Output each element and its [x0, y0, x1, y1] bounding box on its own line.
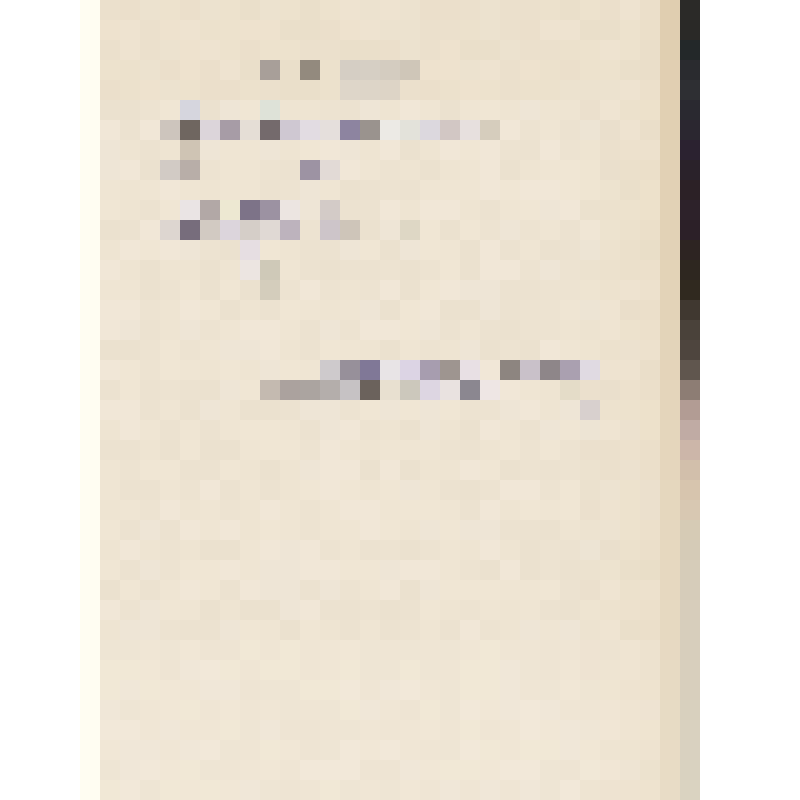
mosaic-cell: [640, 600, 660, 620]
mosaic-cell: [520, 580, 540, 600]
mosaic-cell: [680, 680, 700, 700]
mosaic-cell: [60, 500, 80, 520]
mosaic-cell: [140, 260, 160, 280]
mosaic-cell: [0, 600, 20, 620]
mosaic-cell: [420, 760, 440, 780]
mosaic-cell: [540, 680, 560, 700]
mosaic-cell: [180, 140, 200, 160]
mosaic-cell: [420, 300, 440, 320]
mosaic-cell: [400, 780, 420, 800]
mosaic-cell: [40, 40, 60, 60]
mosaic-cell: [20, 600, 40, 620]
mosaic-cell: [440, 380, 460, 400]
mosaic-cell: [120, 80, 140, 100]
mosaic-cell: [580, 280, 600, 300]
mosaic-cell: [560, 360, 580, 380]
mosaic-cell: [600, 360, 620, 380]
mosaic-cell: [500, 20, 520, 40]
mosaic-cell: [120, 620, 140, 640]
mosaic-cell: [400, 320, 420, 340]
mosaic-cell: [60, 220, 80, 240]
mosaic-cell: [620, 260, 640, 280]
mosaic-cell: [700, 600, 720, 620]
mosaic-cell: [100, 520, 120, 540]
mosaic-cell: [480, 340, 500, 360]
mosaic-cell: [0, 120, 20, 140]
mosaic-cell: [200, 740, 220, 760]
mosaic-cell: [340, 160, 360, 180]
mosaic-cell: [300, 500, 320, 520]
mosaic-cell: [760, 620, 780, 640]
mosaic-cell: [600, 500, 620, 520]
mosaic-cell: [160, 60, 180, 80]
mosaic-cell: [480, 200, 500, 220]
mosaic-cell: [240, 520, 260, 540]
mosaic-cell: [80, 580, 100, 600]
mosaic-cell: [440, 700, 460, 720]
mosaic-cell: [580, 620, 600, 640]
mosaic-cell: [260, 520, 280, 540]
mosaic-cell: [380, 320, 400, 340]
mosaic-cell: [380, 0, 400, 20]
mosaic-cell: [20, 660, 40, 680]
mosaic-cell: [440, 640, 460, 660]
mosaic-cell: [260, 80, 280, 100]
mosaic-cell: [400, 660, 420, 680]
mosaic-cell: [40, 480, 60, 500]
mosaic-cell: [660, 520, 680, 540]
mosaic-cell: [140, 60, 160, 80]
mosaic-cell: [460, 280, 480, 300]
mosaic-cell: [240, 300, 260, 320]
mosaic-cell: [120, 120, 140, 140]
mosaic-cell: [620, 460, 640, 480]
mosaic-cell: [440, 480, 460, 500]
mosaic-cell: [300, 540, 320, 560]
mosaic-cell: [580, 100, 600, 120]
mosaic-cell: [260, 740, 280, 760]
mosaic-cell: [440, 40, 460, 60]
mosaic-cell: [600, 460, 620, 480]
mosaic-cell: [620, 120, 640, 140]
mosaic-cell: [100, 260, 120, 280]
mosaic-cell: [620, 20, 640, 40]
mosaic-cell: [160, 240, 180, 260]
mosaic-cell: [540, 260, 560, 280]
mosaic-cell: [300, 400, 320, 420]
mosaic-cell: [720, 560, 740, 580]
mosaic-cell: [160, 40, 180, 60]
mosaic-cell: [200, 180, 220, 200]
mosaic-cell: [200, 580, 220, 600]
mosaic-cell: [520, 140, 540, 160]
mosaic-cell: [360, 240, 380, 260]
mosaic-cell: [360, 400, 380, 420]
mosaic-cell: [460, 640, 480, 660]
mosaic-cell: [600, 560, 620, 580]
mosaic-cell: [740, 80, 760, 100]
mosaic-cell: [0, 760, 20, 780]
mosaic-cell: [540, 760, 560, 780]
mosaic-cell: [640, 480, 660, 500]
mosaic-cell: [140, 160, 160, 180]
mosaic-cell: [120, 320, 140, 340]
mosaic-cell: [140, 180, 160, 200]
mosaic-cell: [460, 620, 480, 640]
mosaic-cell: [340, 140, 360, 160]
mosaic-cell: [160, 640, 180, 660]
mosaic-cell: [480, 100, 500, 120]
mosaic-cell: [0, 480, 20, 500]
mosaic-cell: [20, 260, 40, 280]
mosaic-cell: [260, 320, 280, 340]
mosaic-cell: [580, 120, 600, 140]
mosaic-cell: [360, 20, 380, 40]
mosaic-cell: [360, 300, 380, 320]
mosaic-cell: [240, 760, 260, 780]
mosaic-cell: [480, 640, 500, 660]
mosaic-cell: [680, 620, 700, 640]
mosaic-cell: [740, 500, 760, 520]
mosaic-cell: [460, 340, 480, 360]
mosaic-cell: [620, 0, 640, 20]
mosaic-cell: [680, 360, 700, 380]
mosaic-cell: [480, 320, 500, 340]
mosaic-cell: [480, 400, 500, 420]
mosaic-cell: [440, 220, 460, 240]
mosaic-cell: [640, 520, 660, 540]
mosaic-cell: [660, 380, 680, 400]
mosaic-cell: [180, 60, 200, 80]
mosaic-cell: [660, 180, 680, 200]
mosaic-cell: [40, 160, 60, 180]
mosaic-cell: [180, 220, 200, 240]
mosaic-cell: [140, 560, 160, 580]
mosaic-cell: [260, 340, 280, 360]
mosaic-cell: [280, 780, 300, 800]
mosaic-cell: [40, 120, 60, 140]
mosaic-cell: [60, 660, 80, 680]
mosaic-cell: [680, 40, 700, 60]
mosaic-cell: [680, 440, 700, 460]
mosaic-cell: [480, 560, 500, 580]
mosaic-cell: [360, 560, 380, 580]
mosaic-cell: [620, 340, 640, 360]
mosaic-cell: [660, 460, 680, 480]
mosaic-cell: [120, 600, 140, 620]
mosaic-cell: [260, 660, 280, 680]
mosaic-cell: [340, 640, 360, 660]
mosaic-cell: [460, 420, 480, 440]
mosaic-cell: [740, 640, 760, 660]
mosaic-cell: [560, 220, 580, 240]
mosaic-cell: [500, 180, 520, 200]
mosaic-cell: [440, 0, 460, 20]
mosaic-cell: [400, 580, 420, 600]
mosaic-cell: [420, 360, 440, 380]
mosaic-cell: [80, 760, 100, 780]
mosaic-cell: [580, 780, 600, 800]
mosaic-cell: [560, 260, 580, 280]
mosaic-cell: [300, 180, 320, 200]
mosaic-cell: [520, 680, 540, 700]
mosaic-cell: [0, 640, 20, 660]
mosaic-cell: [700, 220, 720, 240]
mosaic-cell: [500, 80, 520, 100]
mosaic-cell: [460, 540, 480, 560]
mosaic-cell: [740, 720, 760, 740]
mosaic-cell: [40, 280, 60, 300]
mosaic-cell: [680, 180, 700, 200]
mosaic-cell: [200, 760, 220, 780]
mosaic-cell: [260, 760, 280, 780]
mosaic-cell: [0, 720, 20, 740]
mosaic-cell: [700, 400, 720, 420]
mosaic-cell: [280, 640, 300, 660]
mosaic-cell: [360, 580, 380, 600]
mosaic-cell: [540, 400, 560, 420]
mosaic-cell: [180, 740, 200, 760]
mosaic-cell: [320, 60, 340, 80]
mosaic-cell: [700, 440, 720, 460]
mosaic-cell: [100, 680, 120, 700]
mosaic-cell: [160, 720, 180, 740]
mosaic-cell: [400, 480, 420, 500]
mosaic-cell: [200, 160, 220, 180]
mosaic-cell: [660, 340, 680, 360]
mosaic-cell: [260, 240, 280, 260]
mosaic-cell: [760, 180, 780, 200]
mosaic-cell: [400, 420, 420, 440]
mosaic-cell: [420, 120, 440, 140]
mosaic-cell: [760, 720, 780, 740]
mosaic-cell: [200, 300, 220, 320]
mosaic-cell: [640, 360, 660, 380]
mosaic-cell: [660, 60, 680, 80]
mosaic-cell: [120, 560, 140, 580]
mosaic-cell: [520, 40, 540, 60]
mosaic-cell: [680, 340, 700, 360]
mosaic-cell: [300, 520, 320, 540]
mosaic-cell: [220, 760, 240, 780]
mosaic-cell: [240, 220, 260, 240]
mosaic-cell: [280, 40, 300, 60]
mosaic-cell: [440, 580, 460, 600]
mosaic-cell: [260, 540, 280, 560]
mosaic-cell: [220, 220, 240, 240]
mosaic-cell: [720, 180, 740, 200]
mosaic-cell: [760, 280, 780, 300]
mosaic-cell: [580, 680, 600, 700]
mosaic-cell: [440, 80, 460, 100]
mosaic-cell: [280, 660, 300, 680]
mosaic-cell: [520, 20, 540, 40]
mosaic-cell: [200, 260, 220, 280]
mosaic-cell: [380, 640, 400, 660]
mosaic-cell: [60, 360, 80, 380]
mosaic-cell: [280, 400, 300, 420]
mosaic-cell: [0, 40, 20, 60]
mosaic-cell: [320, 440, 340, 460]
mosaic-cell: [740, 580, 760, 600]
mosaic-cell: [780, 620, 800, 640]
mosaic-cell: [660, 780, 680, 800]
mosaic-cell: [400, 560, 420, 580]
mosaic-cell: [400, 200, 420, 220]
mosaic-cell: [20, 640, 40, 660]
mosaic-cell: [160, 420, 180, 440]
mosaic-cell: [700, 560, 720, 580]
mosaic-cell: [120, 360, 140, 380]
mosaic-cell: [80, 320, 100, 340]
mosaic-cell: [180, 600, 200, 620]
mosaic-cell: [120, 740, 140, 760]
mosaic-cell: [120, 240, 140, 260]
mosaic-cell: [600, 780, 620, 800]
mosaic-cell: [140, 740, 160, 760]
mosaic-cell: [580, 420, 600, 440]
mosaic-cell: [120, 20, 140, 40]
mosaic-cell: [540, 640, 560, 660]
mosaic-cell: [720, 280, 740, 300]
mosaic-cell: [300, 380, 320, 400]
mosaic-cell: [300, 80, 320, 100]
mosaic-cell: [320, 140, 340, 160]
mosaic-cell: [20, 520, 40, 540]
mosaic-cell: [140, 100, 160, 120]
mosaic-cell: [340, 580, 360, 600]
mosaic-cell: [440, 260, 460, 280]
mosaic-cell: [40, 720, 60, 740]
mosaic-cell: [60, 40, 80, 60]
mosaic-cell: [600, 660, 620, 680]
mosaic-cell: [720, 520, 740, 540]
mosaic-cell: [420, 420, 440, 440]
mosaic-cell: [400, 600, 420, 620]
mosaic-cell: [400, 380, 420, 400]
mosaic-cell: [60, 520, 80, 540]
mosaic-cell: [780, 340, 800, 360]
mosaic-cell: [220, 620, 240, 640]
mosaic-cell: [480, 280, 500, 300]
mosaic-cell: [140, 640, 160, 660]
mosaic-cell: [320, 260, 340, 280]
mosaic-cell: [260, 600, 280, 620]
mosaic-cell: [340, 200, 360, 220]
mosaic-cell: [280, 740, 300, 760]
mosaic-cell: [740, 520, 760, 540]
mosaic-cell: [200, 440, 220, 460]
mosaic-cell: [40, 20, 60, 40]
mosaic-cell: [420, 600, 440, 620]
mosaic-cell: [20, 580, 40, 600]
mosaic-cell: [740, 40, 760, 60]
mosaic-cell: [360, 280, 380, 300]
mosaic-cell: [700, 760, 720, 780]
mosaic-cell: [440, 340, 460, 360]
mosaic-cell: [440, 560, 460, 580]
mosaic-cell: [180, 460, 200, 480]
mosaic-cell: [540, 380, 560, 400]
mosaic-cell: [600, 260, 620, 280]
mosaic-cell: [300, 720, 320, 740]
mosaic-cell: [540, 40, 560, 60]
mosaic-cell: [200, 680, 220, 700]
mosaic-cell: [280, 300, 300, 320]
mosaic-cell: [480, 660, 500, 680]
mosaic-cell: [20, 460, 40, 480]
mosaic-cell: [760, 460, 780, 480]
mosaic-cell: [580, 600, 600, 620]
mosaic-cell: [680, 600, 700, 620]
mosaic-cell: [340, 60, 360, 80]
mosaic-cell: [720, 220, 740, 240]
mosaic-cell: [280, 160, 300, 180]
mosaic-cell: [120, 180, 140, 200]
mosaic-cell: [340, 520, 360, 540]
mosaic-cell: [740, 120, 760, 140]
mosaic-cell: [200, 40, 220, 60]
mosaic-cell: [560, 720, 580, 740]
mosaic-cell: [460, 180, 480, 200]
mosaic-cell: [160, 440, 180, 460]
mosaic-cell: [680, 660, 700, 680]
mosaic-cell: [540, 720, 560, 740]
mosaic-cell: [240, 720, 260, 740]
mosaic-cell: [480, 700, 500, 720]
mosaic-cell: [260, 40, 280, 60]
mosaic-cell: [40, 520, 60, 540]
mosaic-cell: [540, 160, 560, 180]
mosaic-cell: [580, 40, 600, 60]
mosaic-cell: [440, 240, 460, 260]
mosaic-cell: [480, 580, 500, 600]
mosaic-cell: [240, 140, 260, 160]
mosaic-cell: [780, 440, 800, 460]
mosaic-cell: [660, 0, 680, 20]
mosaic-cell: [460, 740, 480, 760]
mosaic-cell: [0, 180, 20, 200]
mosaic-cell: [140, 40, 160, 60]
mosaic-cell: [720, 680, 740, 700]
mosaic-cell: [380, 40, 400, 60]
mosaic-cell: [620, 500, 640, 520]
mosaic-cell: [60, 640, 80, 660]
mosaic-cell: [280, 80, 300, 100]
mosaic-cell: [280, 600, 300, 620]
mosaic-cell: [360, 720, 380, 740]
mosaic-cell: [60, 300, 80, 320]
mosaic-cell: [260, 260, 280, 280]
mosaic-cell: [460, 20, 480, 40]
mosaic-cell: [460, 380, 480, 400]
mosaic-cell: [680, 740, 700, 760]
mosaic-cell: [500, 700, 520, 720]
mosaic-cell: [740, 660, 760, 680]
mosaic-cell: [720, 320, 740, 340]
mosaic-cell: [220, 120, 240, 140]
mosaic-cell: [380, 660, 400, 680]
mosaic-cell: [640, 160, 660, 180]
mosaic-cell: [560, 160, 580, 180]
mosaic-cell: [760, 100, 780, 120]
mosaic-cell: [560, 580, 580, 600]
mosaic-cell: [140, 580, 160, 600]
mosaic-cell: [400, 520, 420, 540]
mosaic-cell: [460, 400, 480, 420]
mosaic-cell: [260, 220, 280, 240]
mosaic-cell: [700, 640, 720, 660]
